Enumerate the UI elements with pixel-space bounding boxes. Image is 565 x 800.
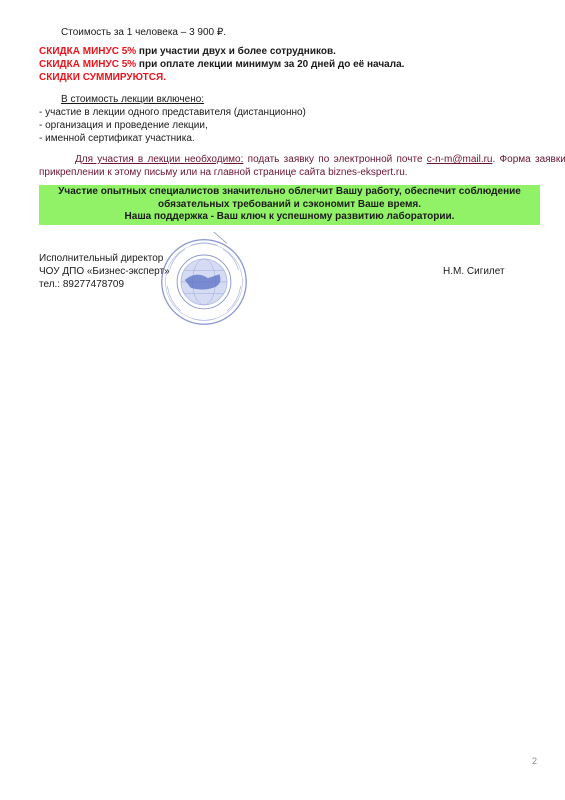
discount-highlight: СКИДКИ СУММИРУЮТСЯ. [39,72,166,83]
banner-line-2: обязательных требований и сэкономит Ваше… [39,199,540,212]
official-seal-icon [156,232,252,328]
banner-line-1: Участие опытных специалистов значительно… [39,186,540,199]
participation-line-2: прикреплении к этому письму или на главн… [39,167,408,179]
participation-lead: Для участия в лекции необходимо: [75,154,243,165]
included-item: - именной сертификат участника. [39,133,195,145]
included-item: - организация и проведение лекции, [39,120,208,132]
support-banner: Участие опытных специалистов значительно… [39,185,540,225]
signature-organization: ЧОУ ДПО «Бизнес-эксперт» [39,266,170,278]
discount-highlight: СКИДКА МИНУС 5% [39,46,136,57]
participation-text: подать заявку по электронной почте [243,154,426,165]
banner-line-3: Наша поддержка - Ваш ключ к успешному ра… [39,211,540,224]
page-number: 2 [532,756,537,766]
discount-line-2: СКИДКА МИНУС 5% при оплате лекции миниму… [39,59,404,71]
participation-line-1: Для участия в лекции необходимо: подать … [75,154,565,166]
signatory-name: Н.М. Сигилет [443,266,505,278]
discount-line-1: СКИДКА МИНУС 5% при участии двух и более… [39,46,336,58]
discount-highlight: СКИДКА МИНУС 5% [39,59,136,70]
included-heading: В стоимость лекции включено: [61,94,204,106]
price-line: Стоимость за 1 человека – 3 900 ₽. [61,27,226,39]
signature-title: Исполнительный директор [39,253,163,265]
participation-text-after: . Форма заявки в [493,154,565,165]
discount-line-3: СКИДКИ СУММИРУЮТСЯ. [39,72,166,84]
discount-text: при участии двух и более сотрудников. [136,46,336,57]
discount-text: при оплате лекции минимум за 20 дней до … [136,59,404,70]
signature-phone: тел.: 89277478709 [39,279,124,291]
email-link[interactable]: c-n-m@mail.ru [427,154,493,165]
included-item: - участие в лекции одного представителя … [39,107,306,119]
